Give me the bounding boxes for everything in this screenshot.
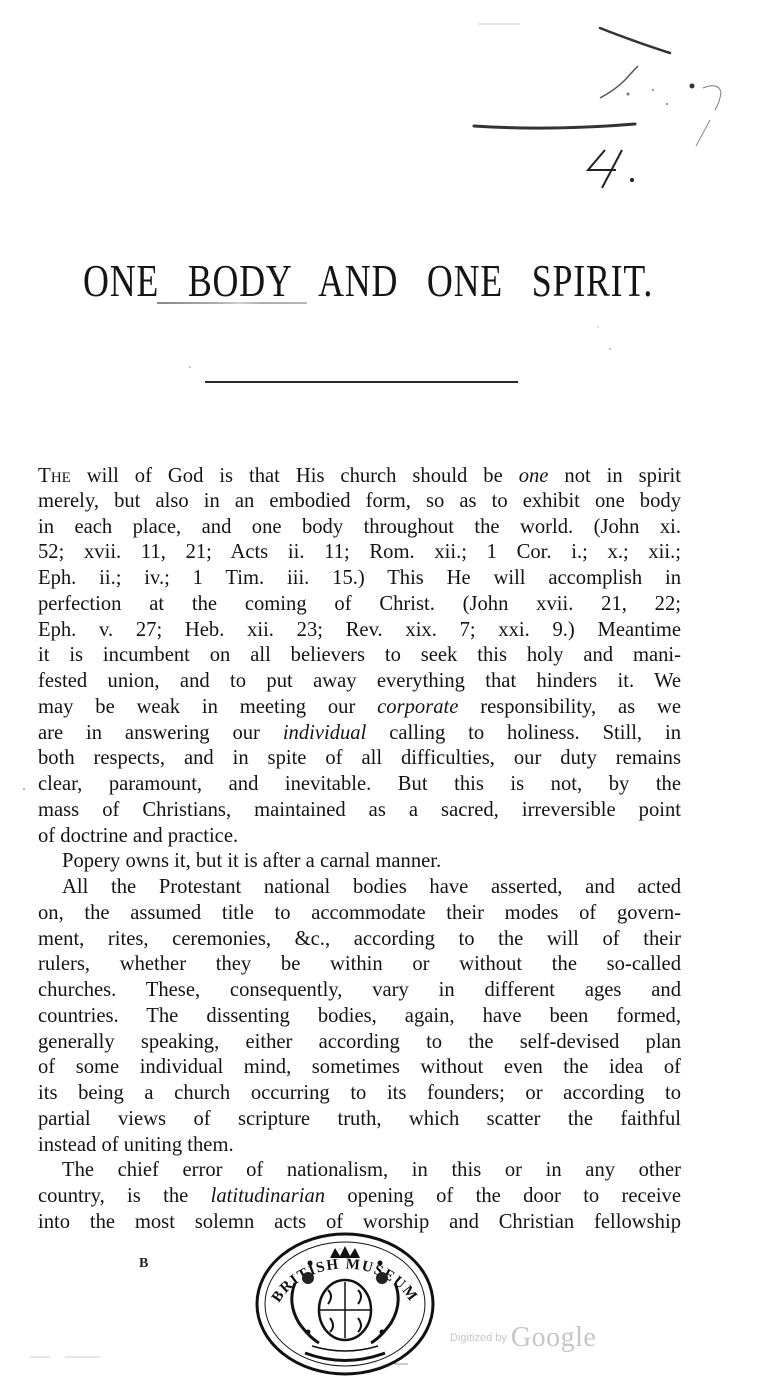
text-line: its being a church occurring to its foun… <box>38 1081 681 1107</box>
text-line: instead of uniting them. <box>38 1133 681 1159</box>
text-line: countries. The dissenting bodies, again,… <box>38 1004 681 1030</box>
body-text: The will of God is that His church shoul… <box>38 463 681 1236</box>
handwritten-number-4 <box>588 150 634 188</box>
text-line: it is incumbent on all believers to seek… <box>38 643 681 669</box>
text-line: in each place, and one body throughout t… <box>38 515 681 541</box>
text-line: clear, paramount, and inevitable. But th… <box>38 772 681 798</box>
text-line: Eph. v. 27; Heb. xii. 23; Rev. xix. 7; x… <box>38 618 681 644</box>
british-museum-stamp: BRITISH MUSEUM <box>250 1228 440 1378</box>
text-line: may be weak in meeting our corporate res… <box>38 695 681 721</box>
title-rule <box>205 381 518 383</box>
handwritten-marks <box>450 0 783 200</box>
text-line: The will of God is that His church shoul… <box>38 463 681 489</box>
text-line: country, is the latitudinarian opening o… <box>38 1184 681 1210</box>
text-line: All the Protestant national bodies have … <box>38 875 681 901</box>
signature-mark: B <box>139 1256 148 1272</box>
text-line: are in answering our individual calling … <box>38 721 681 747</box>
text-line: Eph. ii.; iv.; 1 Tim. iii. 15.) This He … <box>38 566 681 592</box>
text-line: 52; xvii. 11, 21; Acts ii. 11; Rom. xii.… <box>38 540 681 566</box>
text-line: mass of Christians, maintained as a sacr… <box>38 798 681 824</box>
digitized-by-google-watermark: Digitized by Google <box>450 1322 596 1354</box>
text-line: The chief error of nationalism, in this … <box>38 1158 681 1184</box>
text-line: Popery owns it, but it is after a carnal… <box>38 849 681 875</box>
text-line: churches. These, consequently, vary in d… <box>38 978 681 1004</box>
text-line: of some individual mind, sometimes witho… <box>38 1055 681 1081</box>
text-line: of doctrine and practice. <box>38 824 681 850</box>
text-line: merely, but also in an embodied form, so… <box>38 489 681 515</box>
text-line: ment, rites, ceremonies, &c., according … <box>38 927 681 953</box>
text-line: partial views of scripture truth, which … <box>38 1107 681 1133</box>
page-title: ONE BODY AND ONE SPIRIT. <box>83 256 528 306</box>
text-line: both respects, and in spite of all diffi… <box>38 746 681 772</box>
pencil-underline <box>157 302 307 304</box>
text-line: rulers, whether they be within or withou… <box>38 952 681 978</box>
text-line: perfection at the coming of Christ. (Joh… <box>38 592 681 618</box>
google-logo: Google <box>511 1322 596 1353</box>
text-line: generally speaking, either according to … <box>38 1030 681 1056</box>
text-line: fested union, and to put away everything… <box>38 669 681 695</box>
text-line: on, the assumed title to accommodate the… <box>38 901 681 927</box>
